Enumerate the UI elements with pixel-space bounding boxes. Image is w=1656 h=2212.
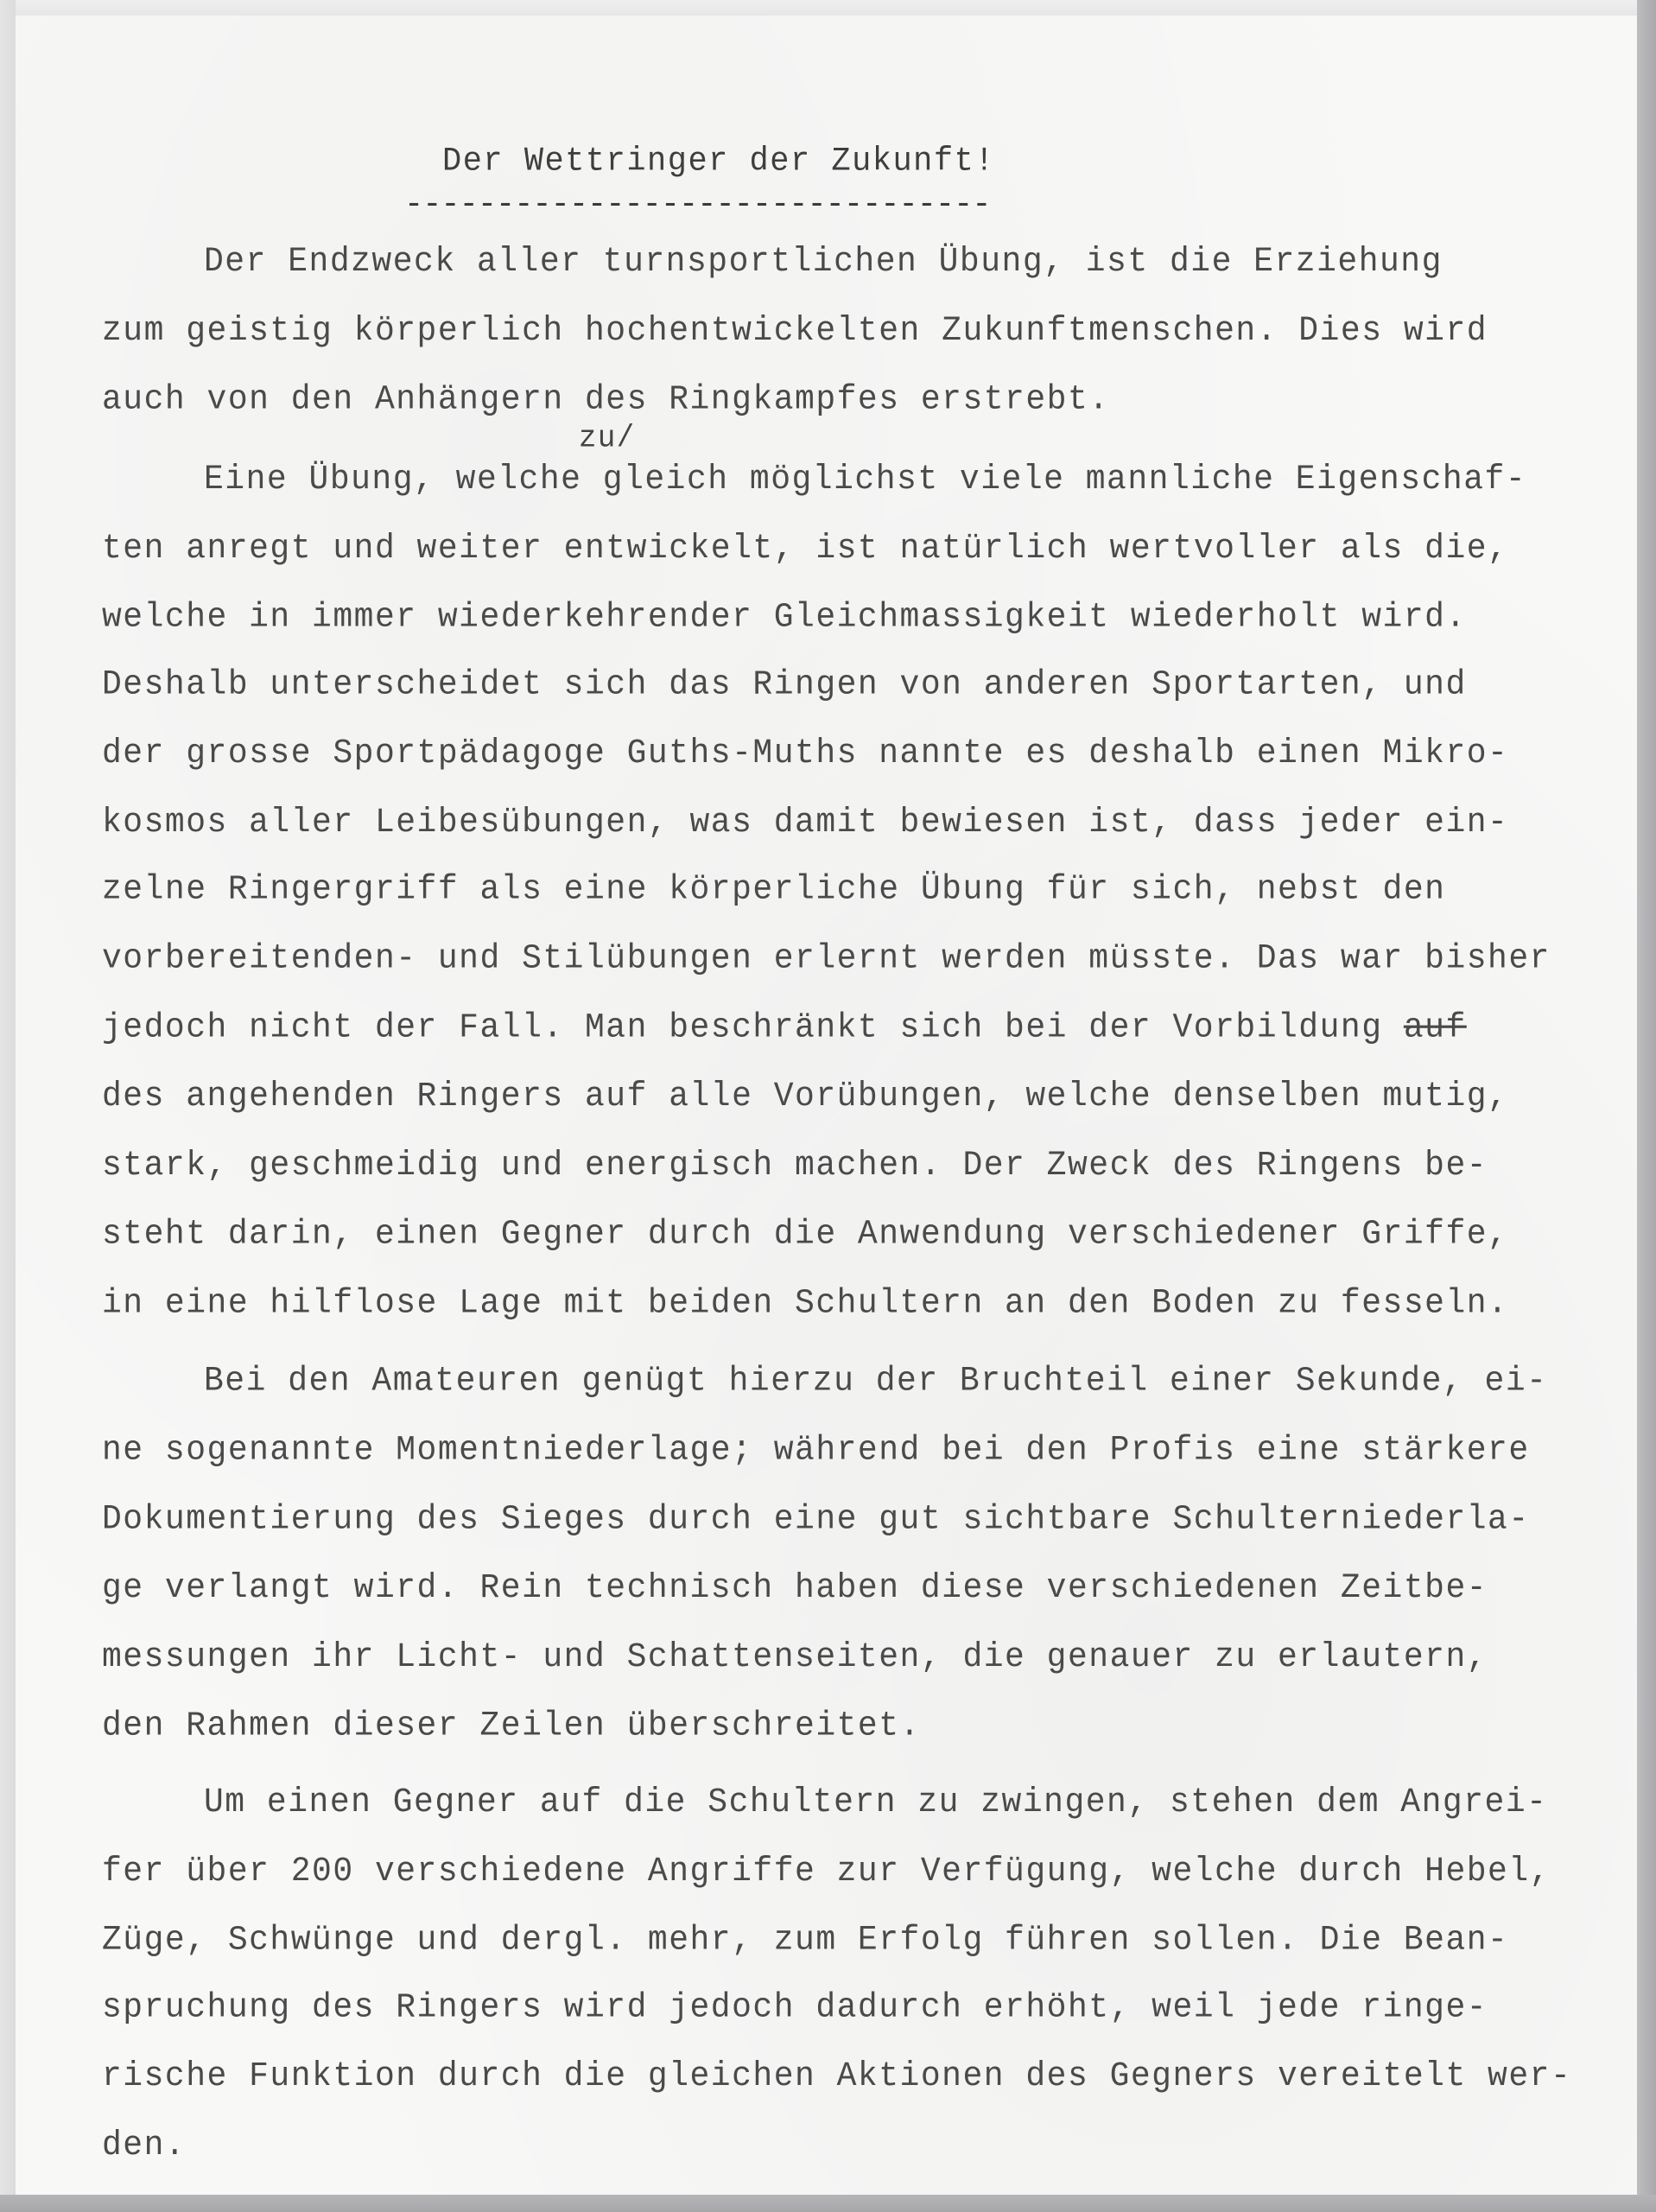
text-line: ge verlangt wird. Rein technisch haben d… bbox=[102, 1569, 1488, 1608]
text-line: der grosse Sportpädagoge Guths-Muths nan… bbox=[102, 734, 1508, 773]
text-line: steht darin, einen Gegner durch die Anwe… bbox=[102, 1215, 1508, 1254]
text-line: zum geistig körperlich hochentwickelten … bbox=[102, 311, 1488, 350]
struck-word: auf bbox=[1404, 1008, 1467, 1047]
text-line: stark, geschmeidig und energisch machen.… bbox=[102, 1146, 1488, 1185]
text-line: in eine hilflose Lage mit beiden Schulte… bbox=[102, 1284, 1508, 1323]
text-line: kosmos aller Leibesübungen, was damit be… bbox=[102, 803, 1508, 842]
text-line: ne sogenannte Momentniederlage; während … bbox=[102, 1431, 1530, 1470]
text-line: fer über 200 verschiedene Angriffe zur V… bbox=[102, 1852, 1551, 1891]
text-line: Eine Übung, welche gleich möglichst viel… bbox=[204, 461, 1526, 499]
text-line: den Rahmen dieser Zeilen überschreitet. bbox=[102, 1707, 921, 1745]
text-line: Dokumentierung des Sieges durch eine gut… bbox=[102, 1500, 1530, 1539]
text-line: jedoch nicht der Fall. Man beschränkt si… bbox=[102, 1008, 1467, 1047]
text-line: Züge, Schwünge und dergl. mehr, zum Erfo… bbox=[102, 1921, 1508, 1960]
typewritten-page: Der Wettringer der Zukunft! ------------… bbox=[16, 16, 1637, 2195]
text-line: Deshalb unterscheidet sich das Ringen vo… bbox=[102, 665, 1467, 704]
text-line: Der Endzweck aller turnsportlichen Übung… bbox=[204, 243, 1443, 282]
text-line: den. bbox=[102, 2126, 186, 2164]
text-line: messungen ihr Licht- und Schattenseiten,… bbox=[102, 1637, 1488, 1676]
text-line-body: jedoch nicht der Fall. Man beschränkt si… bbox=[102, 1008, 1383, 1047]
text-line: Bei den Amateuren genügt hierzu der Bruc… bbox=[204, 1362, 1547, 1401]
handwritten-insertion: zu/ bbox=[579, 422, 636, 456]
text-line: vorbereitenden- und Stilübungen erlernt … bbox=[102, 939, 1551, 978]
page-frame-left bbox=[0, 0, 16, 2212]
text-line: ten anregt und weiter entwickelt, ist na… bbox=[102, 529, 1508, 568]
title-underline: -------------------------------- bbox=[404, 186, 991, 224]
page-frame-bottom bbox=[0, 2195, 1656, 2212]
document-title: Der Wettringer der Zukunft! bbox=[442, 143, 995, 181]
page-frame-right bbox=[1637, 0, 1656, 2212]
text-line: rische Funktion durch die gleichen Aktio… bbox=[102, 2057, 1571, 2096]
text-line: Um einen Gegner auf die Schultern zu zwi… bbox=[204, 1783, 1547, 1821]
text-line: welche in immer wiederkehrender Gleichma… bbox=[102, 598, 1467, 637]
text-line: zelne Ringergriff als eine körperliche Ü… bbox=[102, 870, 1445, 909]
text-line: auch von den Anhängern des Ringkampfes e… bbox=[102, 380, 1110, 419]
text-line: spruchung des Ringers wird jedoch dadurc… bbox=[102, 1988, 1488, 2027]
text-line: des angehenden Ringers auf alle Vorübung… bbox=[102, 1077, 1508, 1116]
page-frame-top bbox=[0, 0, 1656, 16]
